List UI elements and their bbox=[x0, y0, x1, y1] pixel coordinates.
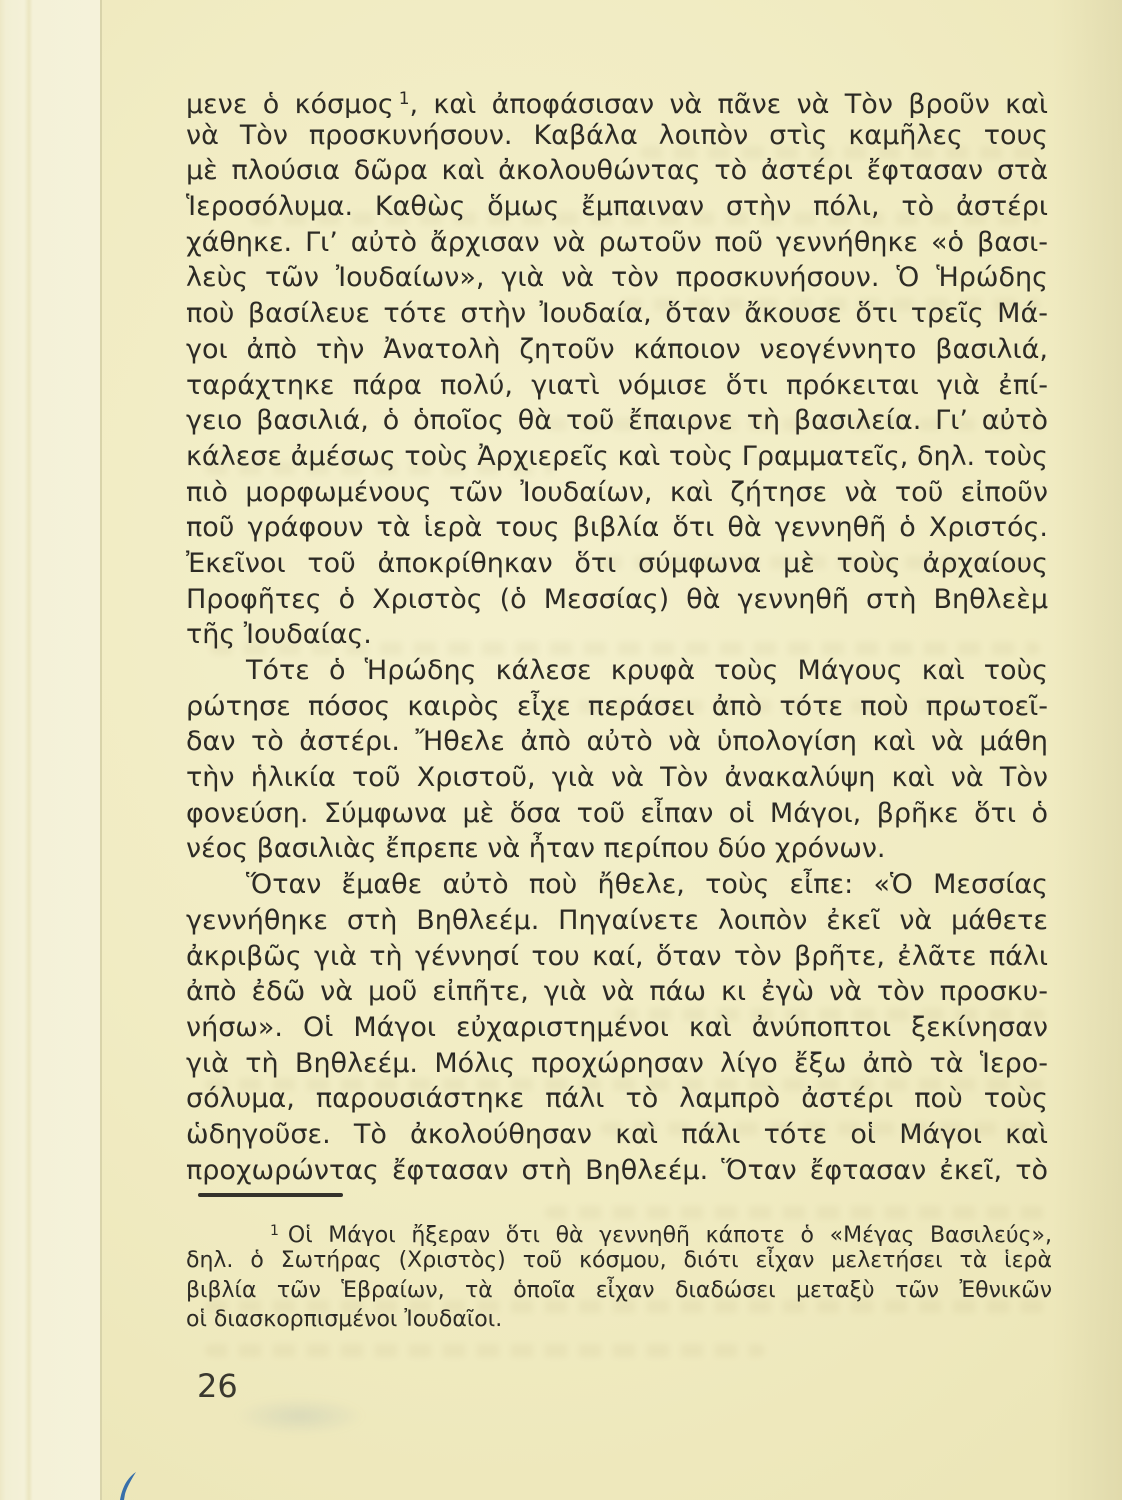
page-curvature-shade bbox=[1052, 0, 1122, 1500]
text-line: δαν τὸ ἀστέρι. Ἤθελε ἀπὸ αὐτὸ νὰ ὑπολογί… bbox=[186, 724, 1048, 760]
text-line: λεὺς τῶν Ἰουδαίων», γιὰ νὰ τὸν προσκυνήσ… bbox=[186, 260, 1048, 296]
text-line: ὡδηγοῦσε. Τὸ ἀκολούθησαν καὶ πάλι τότε ο… bbox=[186, 1117, 1048, 1153]
text-line: χάθηκε. Γι’ αὐτὸ ἄρχισαν νὰ ρωτοῦν ποῦ γ… bbox=[186, 225, 1048, 261]
text-line: νὰ Τὸν προσκυνήσουν. Καβάλα λοιπὸν στὶς … bbox=[186, 118, 1048, 154]
text-line: τὴν ἡλικία τοῦ Χριστοῦ, γιὰ νὰ Τὸν ἀνακα… bbox=[186, 760, 1048, 796]
text-line: σόλυμα, παρουσιάστηκε πάλι τὸ λαμπρὸ ἀστ… bbox=[186, 1081, 1048, 1117]
footnote-rule bbox=[198, 1193, 343, 1197]
footnote-line: οἱ διασκορπισμένοι Ἰουδαῖοι. bbox=[186, 1305, 1052, 1334]
text-line: ἀπὸ ἐδῶ νὰ μοῦ εἰπῆτε, γιὰ νὰ πάω κι ἐγὼ… bbox=[186, 974, 1048, 1010]
footnote-reference: 1 bbox=[399, 89, 410, 109]
footnote-line: 1Οἱ Μάγοι ἤξεραν ὅτι θὰ γεννηθῆ κάποτε ὁ… bbox=[186, 1217, 1052, 1246]
text-line: μενε ὁ κόσμος1, καὶ ἀποφάσισαν νὰ πᾶνε ν… bbox=[186, 82, 1048, 118]
text-line: κάλεσε ἀμέσως τοὺς Ἀρχιερεῖς καὶ τοὺς Γρ… bbox=[186, 439, 1048, 475]
footnote-line: βιβλία τῶν Ἑβραίων, τὰ ὁποῖα εἶχαν διαδώ… bbox=[186, 1276, 1052, 1305]
ink-smudge bbox=[235, 1398, 365, 1434]
text-line: προχωρώντας ἔφτασαν στὴ Βηθλεέμ. Ὅταν ἔφ… bbox=[186, 1153, 1048, 1189]
text-line: μὲ πλούσια δῶρα καὶ ἀκολουθώντας τὸ ἀστέ… bbox=[186, 153, 1048, 189]
text-line: Ὅταν ἔμαθε αὐτὸ ποὺ ἤθελε, τοὺς εἶπε: «Ὁ… bbox=[186, 867, 1048, 903]
text-line: πιὸ μορφωμένους τῶν Ἰουδαίων, καὶ ζήτησε… bbox=[186, 475, 1048, 511]
text-line: γοι ἀπὸ τὴν Ἀνατολὴ ζητοῦν κάποιον νεογέ… bbox=[186, 332, 1048, 368]
footnote-text: Οἱ Μάγοι ἤξεραν ὅτι θὰ γεννηθῆ κάποτε ὁ … bbox=[288, 1223, 1052, 1246]
text-line: τῆς Ἰουδαίας. bbox=[186, 617, 1048, 653]
text-line: φονεύση. Σύμφωνα μὲ ὅσα τοῦ εἶπαν οἱ Μάγ… bbox=[186, 796, 1048, 832]
text-line: ποῦ γράφουν τὰ ἱερὰ τους βιβλία ὅτι θὰ γ… bbox=[186, 510, 1048, 546]
text-line: γιὰ τὴ Βηθλεέμ. Μόλις προχώρησαν λίγο ἔξ… bbox=[186, 1046, 1048, 1082]
text-line: ποὺ βασίλευε τότε στὴν Ἰουδαία, ὅταν ἄκο… bbox=[186, 296, 1048, 332]
text-line: Ἱεροσόλυμα. Καθὼς ὅμως ἔμπαιναν στὴν πόλ… bbox=[186, 189, 1048, 225]
page-number: 26 bbox=[197, 1367, 238, 1405]
footnote-marker: 1 bbox=[270, 1223, 279, 1239]
text-line: ταράχτηκε πάρα πολύ, γιατὶ νόμισε ὅτι πρ… bbox=[186, 368, 1048, 404]
ink-mark-icon bbox=[114, 1470, 144, 1500]
text-line: νέος βασιλιὰς ἔπρεπε νὰ ἦταν περίπου δύο… bbox=[186, 831, 1048, 867]
bleedthrough-artifact bbox=[205, 1344, 765, 1357]
book-page-scan: μενε ὁ κόσμος1, καὶ ἀποφάσισαν νὰ πᾶνε ν… bbox=[0, 0, 1122, 1500]
text-line-part: μενε ὁ κόσμος bbox=[186, 89, 394, 118]
page-edge bbox=[0, 0, 102, 1500]
text-line: Προφῆτες ὁ Χριστὸς (ὁ Μεσσίας) θὰ γεννηθ… bbox=[186, 582, 1048, 618]
text-line: Τότε ὁ Ἡρώδης κάλεσε κρυφὰ τοὺς Μάγους κ… bbox=[186, 653, 1048, 689]
text-line: ρώτησε πόσος καιρὸς εἶχε περάσει ἀπὸ τότ… bbox=[186, 689, 1048, 725]
text-line: ἀκριβῶς γιὰ τὴ γέννησί του καί, ὅταν τὸν… bbox=[186, 939, 1048, 975]
text-line: νήσω». Οἱ Μάγοι εὐχαριστημένοι καὶ ἀνύπο… bbox=[186, 1010, 1048, 1046]
footnote-line: δηλ. ὁ Σωτήρας (Χριστὸς) τοῦ κόσμου, διό… bbox=[186, 1246, 1052, 1275]
text-line-part: , καὶ ἀποφάσισαν νὰ πᾶνε νὰ Τὸν βροῦν κα… bbox=[410, 89, 1048, 118]
text-block: μενε ὁ κόσμος1, καὶ ἀποφάσισαν νὰ πᾶνε ν… bbox=[186, 82, 1048, 1188]
text-line: Ἐκεῖνοι τοῦ ἀποκρίθηκαν ὅτι σύμφωνα μὲ τ… bbox=[186, 546, 1048, 582]
footnote: 1Οἱ Μάγοι ἤξεραν ὅτι θὰ γεννηθῆ κάποτε ὁ… bbox=[186, 1217, 1052, 1334]
text-line: γειο βασιλιά, ὁ ὁποῖος θὰ τοῦ ἔπαιρνε τὴ… bbox=[186, 403, 1048, 439]
text-line: γεννήθηκε στὴ Βηθλεέμ. Πηγαίνετε λοιπὸν … bbox=[186, 903, 1048, 939]
